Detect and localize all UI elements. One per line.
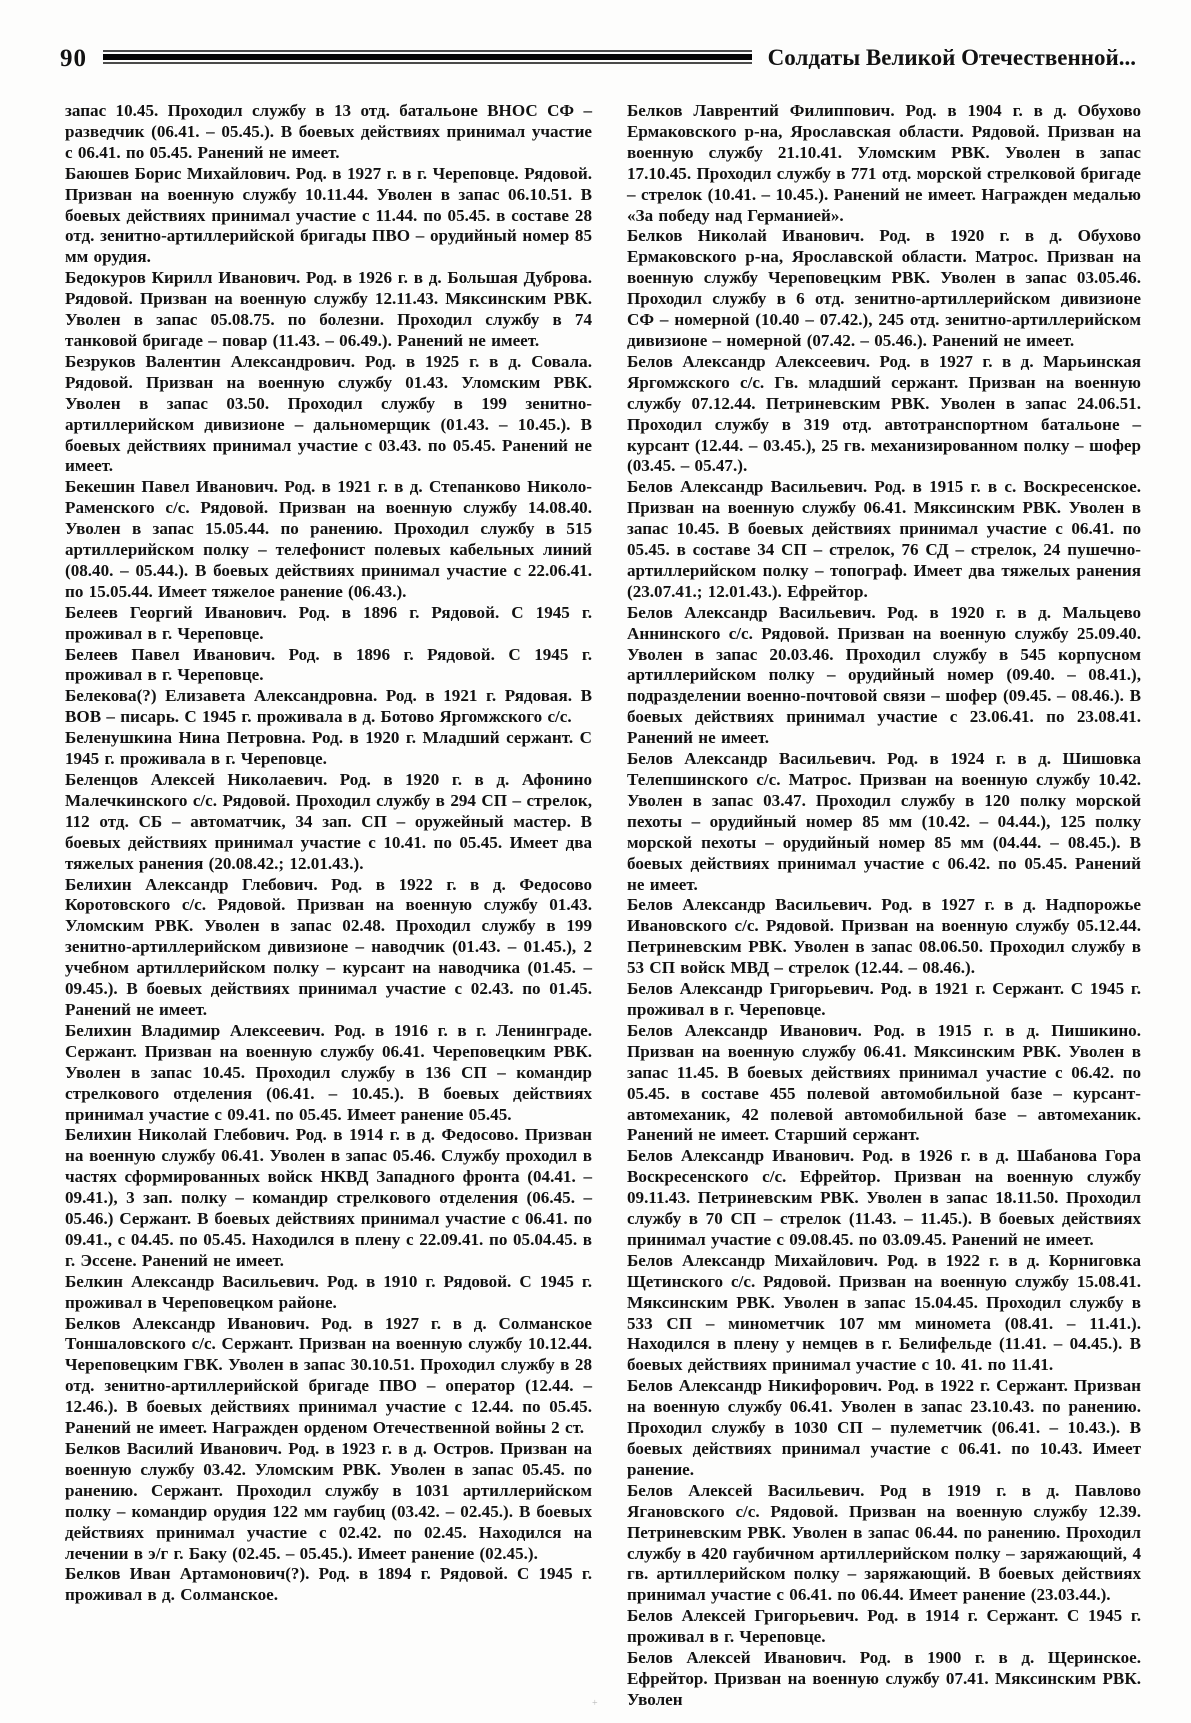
entry-paragraph: Белков Александр Иванович. Род. в 1927 г… [65, 1314, 592, 1439]
entry-paragraph: Белеев Павел Иванович. Род. в 1896 г. Ря… [65, 645, 592, 687]
entry-paragraph: Белов Александр Иванович. Род. в 1915 г.… [627, 1021, 1141, 1146]
header-rule-thick [103, 54, 752, 60]
entry-paragraph: Белов Александр Григорьевич. Род. в 1921… [627, 979, 1141, 1021]
left-column: запас 10.45. Проходил службу в 13 отд. б… [65, 101, 592, 1606]
header-rule-thin-bottom [103, 62, 752, 64]
header-rule-thin-top [103, 50, 752, 52]
entry-paragraph: Белов Алексей Васильевич. Род в 1919 г. … [627, 1481, 1141, 1606]
entry-paragraph: Белков Василий Иванович. Род. в 1923 г. … [65, 1439, 592, 1564]
entry-paragraph: Белов Александр Васильевич. Род. в 1915 … [627, 477, 1141, 602]
entry-paragraph: Бекешин Павел Иванович. Род. в 1921 г. в… [65, 477, 592, 602]
entry-paragraph: Белеев Георгий Иванович. Род. в 1896 г. … [65, 603, 592, 645]
entry-paragraph: Безруков Валентин Александрович. Род. в … [65, 352, 592, 477]
book-page: 90 Солдаты Великой Отечественной... запа… [0, 0, 1191, 1723]
entry-paragraph: Белков Лаврентий Филиппович. Род. в 1904… [627, 101, 1141, 226]
entry-paragraph: Белов Александр Никифорович. Род. в 1922… [627, 1376, 1141, 1481]
entry-paragraph: Беленушкина Нина Петровна. Род. в 1920 г… [65, 728, 592, 770]
entry-paragraph: Белов Александр Алексеевич. Род. в 1927 … [627, 352, 1141, 477]
header-rule [103, 49, 752, 65]
entry-paragraph: Белов Александр Михайлович. Род. в 1922 … [627, 1251, 1141, 1376]
entry-paragraph: Белов Александр Иванович. Род. в 1926 г.… [627, 1146, 1141, 1251]
entry-paragraph: Беленцов Алексей Николаевич. Род. в 1920… [65, 770, 592, 875]
entry-paragraph: Баюшев Борис Михайлович. Род. в 1927 г. … [65, 164, 592, 269]
entry-paragraph: Белкин Александр Васильевич. Род. в 1910… [65, 1272, 592, 1314]
scan-artifact-dot: + [592, 1700, 599, 1707]
entry-paragraph: Белков Иван Артамонович(?). Род. в 1894 … [65, 1564, 592, 1606]
entry-paragraph: Белекова(?) Елизавета Александровна. Род… [65, 686, 592, 728]
entry-paragraph: Белов Александр Васильевич. Род. в 1920 … [627, 603, 1141, 749]
entry-paragraph: Белов Александр Васильевич. Род. в 1924 … [627, 749, 1141, 895]
entry-paragraph: Белихин Николай Глебович. Род. в 1914 г.… [65, 1125, 592, 1271]
page-header: 90 Солдаты Великой Отечественной... [60, 44, 1136, 69]
entry-paragraph: Бедокуров Кирилл Иванович. Род. в 1926 г… [65, 268, 592, 352]
entry-paragraph: Белихин Александр Глебович. Род. в 1922 … [65, 875, 592, 1021]
right-column: Белков Лаврентий Филиппович. Род. в 1904… [627, 101, 1141, 1711]
entry-paragraph: Белов Александр Васильевич. Род. в 1927 … [627, 895, 1141, 979]
entry-paragraph: Белихин Владимир Алексеевич. Род. в 1916… [65, 1021, 592, 1126]
entry-paragraph: Белов Алексей Иванович. Род. в 1900 г. в… [627, 1648, 1141, 1711]
entry-paragraph: запас 10.45. Проходил службу в 13 отд. б… [65, 101, 592, 164]
page-number: 90 [60, 46, 87, 71]
entry-paragraph: Белков Николай Иванович. Род. в 1920 г. … [627, 226, 1141, 351]
running-title: Солдаты Великой Отечественной... [768, 46, 1136, 69]
entry-paragraph: Белов Алексей Григорьевич. Род. в 1914 г… [627, 1606, 1141, 1648]
